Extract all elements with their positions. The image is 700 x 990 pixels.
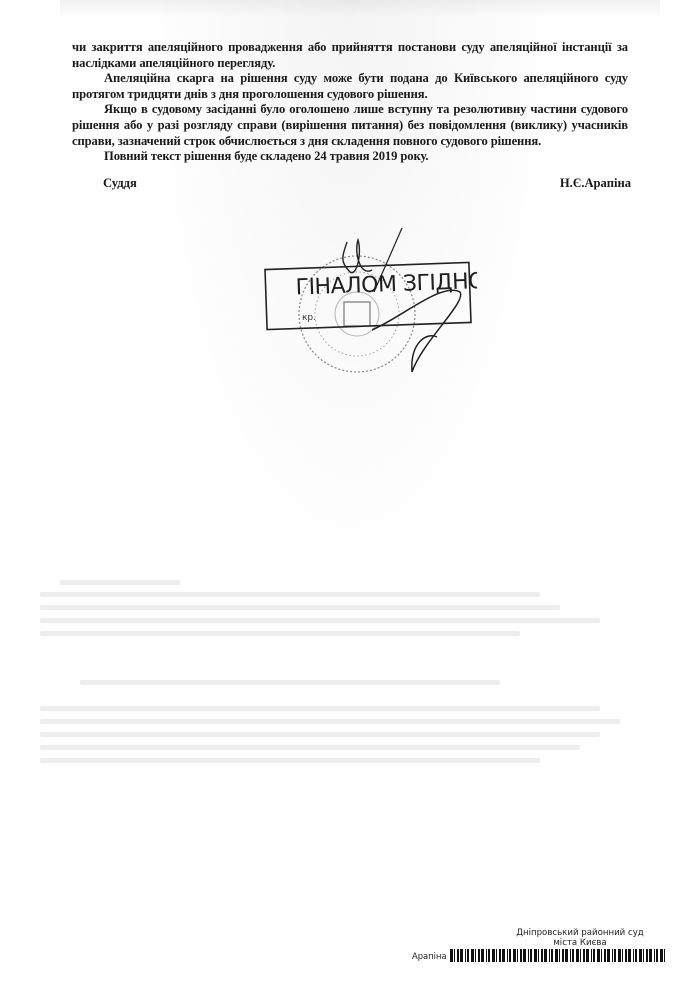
paragraph: Апеляційна скарга на рішення суду може б… (72, 71, 628, 102)
document-body: чи закриття апеляційного провадження або… (72, 40, 628, 165)
signature-name: Н.Є.Арапіна (560, 176, 631, 191)
paragraph: Повний текст рішення буде складено 24 тр… (72, 149, 628, 165)
barcode (450, 949, 667, 962)
signature-block: Суддя Н.Є.Арапіна (103, 176, 631, 191)
signature-role: Суддя (103, 176, 137, 191)
scan-shadow (60, 0, 660, 18)
seal-stamp: ГІНАЛОМ ЗГІДНО кр. (262, 222, 477, 382)
svg-text:ГІНАЛОМ ЗГІДНО: ГІНАЛОМ ЗГІДНО (295, 269, 477, 301)
court-footer: Дніпровський районний суд міста Києва Ар… (440, 928, 690, 962)
court-name-line2: міста Києва (470, 938, 690, 948)
judge-short-name: Арапіна (412, 951, 447, 961)
court-name-line1: Дніпровський районний суд (470, 928, 690, 938)
svg-text:кр.: кр. (302, 313, 316, 323)
document-page: чи закриття апеляційного провадження або… (0, 0, 700, 990)
paragraph: Якщо в судовому засіданні було оголошено… (72, 102, 628, 149)
stamp-icon: ГІНАЛОМ ЗГІДНО кр. (262, 222, 477, 382)
reverse-side-bleed-through (0, 500, 700, 820)
court-name: Дніпровський районний суд міста Києва (440, 928, 690, 948)
paragraph: чи закриття апеляційного провадження або… (72, 40, 628, 71)
